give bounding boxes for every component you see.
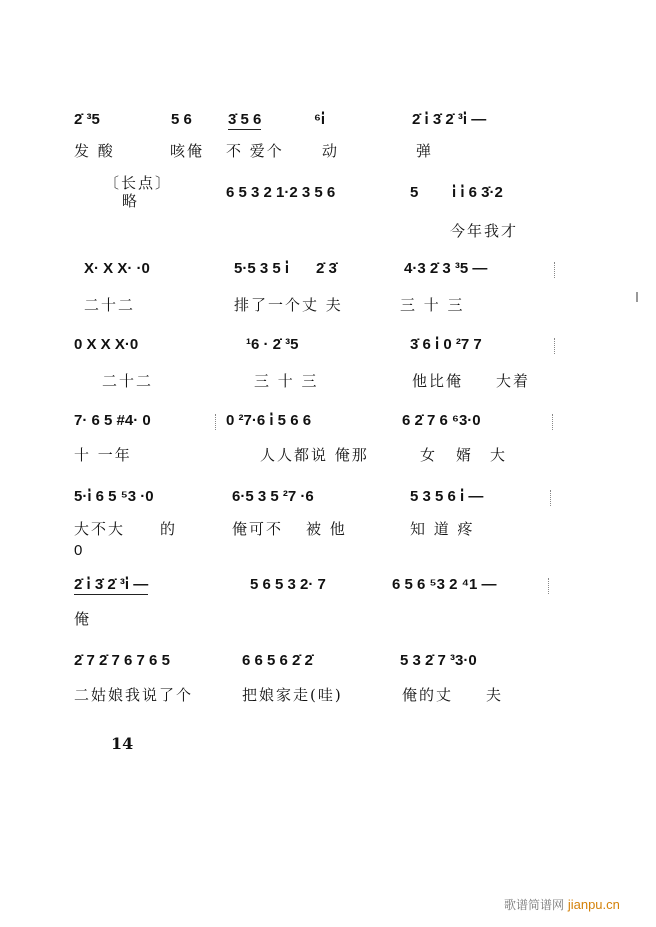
- lyric-segment: 人人都说 俺那: [260, 444, 369, 465]
- note-group: 2̇ 3̇: [316, 260, 337, 277]
- notation-line-6: 5·i̇ 6 5 ⁵3 ·0 6·5 3 5 ²7 ·6 5 3 5 6 i̇ …: [0, 484, 656, 508]
- bar-line: [552, 414, 554, 430]
- lyric-segment: 夫: [486, 684, 503, 705]
- lyric-line-2: 今年我才: [0, 216, 656, 240]
- lyric-segment: 的: [160, 518, 177, 539]
- notation-line-1: 2̇ ³5 5 6 3̇ 5 6 ⁶i̇ 2̇ i̇ 3̇ 2̇ ³i̇ —: [0, 107, 656, 131]
- bar-line: [554, 338, 556, 354]
- lyric-line-8: 二姑娘我说了个 把娘家走(哇) 俺的丈 夫: [0, 680, 656, 704]
- lyric-segment: 今年我才: [450, 220, 518, 241]
- rest-marker: 0: [74, 542, 82, 559]
- watermark: 歌谱简谱网 jianpu.cn: [504, 896, 620, 913]
- lyric-segment: 十 一年: [74, 444, 132, 465]
- note-group: 5: [410, 184, 418, 201]
- note-group: X· X X· ·0: [84, 260, 150, 277]
- lyric-segment: 三 十 三: [400, 294, 465, 315]
- lyric-segment: 排了一个丈 夫: [234, 294, 343, 315]
- page-number: 14: [111, 734, 133, 753]
- lyric-segment: 知 道 疼: [410, 518, 475, 539]
- note-group: 5·5 3 5 i̇: [234, 260, 289, 277]
- lyric-segment: 大不大: [74, 518, 125, 539]
- bar-line: [548, 578, 550, 594]
- note-group: 2̇ 7 2̇ 7 6 7 6 5: [74, 652, 170, 669]
- note-group: 4·3 2̇ 3 ³5 —: [404, 260, 487, 277]
- lyric-segment: 弹: [416, 140, 433, 161]
- bar-line: [550, 490, 552, 506]
- lyric-segment: 女: [420, 444, 437, 465]
- scan-mark: [636, 292, 638, 302]
- lyric-segment: 俺: [74, 608, 91, 629]
- notation-line-4: 0 X X X·0 ¹6 · 2̇ ³5 3̇ 6 i̇ 0 ²7 7: [0, 332, 656, 356]
- watermark-site-name: 歌谱简谱网: [504, 898, 564, 912]
- note-group: 2̇ ³5: [74, 111, 100, 128]
- lyric-line-1: 发 酸 咳俺 不 爱个 动 弹: [0, 136, 656, 160]
- lyric-segment: 俺的丈: [402, 684, 453, 705]
- lyric-segment: 他比俺: [412, 370, 463, 391]
- note-group: 7· 6 5 #4· 0: [74, 412, 151, 429]
- lyric-segment: 婿: [456, 444, 473, 465]
- note-group: 6 2̇ 7 6 ⁶3·0: [402, 412, 481, 429]
- notation-line-2: 〔长点〕 略 6 5 3 2 1·2 3 5 6 5 i̇ i̇ 6 3̇·2: [0, 172, 656, 196]
- notation-line-7: 2̇ i̇ 3̇ 2̇ ³i̇ — 5 6 5 3 2· 7 6 5 6 ⁵3 …: [0, 572, 656, 596]
- lyric-segment: 不 爱个: [226, 140, 284, 161]
- note-group: 6 5 3 2 1·2 3 5 6: [226, 184, 335, 201]
- lyric-segment: 三 十 三: [254, 370, 319, 391]
- notation-line-5: 7· 6 5 #4· 0 0 ²7·6 i̇ 5 6 6 6 2̇ 7 6 ⁶3…: [0, 408, 656, 432]
- note-group: i̇ i̇ 6 3̇·2: [452, 184, 503, 201]
- note-group: ¹6 · 2̇ ³5: [246, 336, 299, 353]
- lyric-segment: 发 酸: [74, 140, 115, 161]
- note-group: 5 3 5 6 i̇ —: [410, 488, 483, 505]
- note-group: 2̇ i̇ 3̇ 2̇ ³i̇ —: [74, 576, 148, 595]
- notation-line-8: 2̇ 7 2̇ 7 6 7 6 5 6 6 5 6 2̇ 2̇ 5 3 2̇ 7…: [0, 648, 656, 672]
- bar-line: [554, 262, 556, 278]
- lyric-line-3: 二十二 排了一个丈 夫 三 十 三: [0, 290, 656, 314]
- lyric-segment: 咳俺: [170, 140, 204, 161]
- note-group: 5 6 5 3 2· 7: [250, 576, 326, 593]
- lyric-segment: 俺可不: [232, 518, 283, 539]
- section-label-omitted: 略: [122, 190, 139, 211]
- lyric-segment: 动: [322, 140, 339, 161]
- note-group: 0 X X X·0: [74, 336, 138, 353]
- notation-line-3: X· X X· ·0 5·5 3 5 i̇ 2̇ 3̇ 4·3 2̇ 3 ³5 …: [0, 256, 656, 280]
- lyric-segment: 把娘家走(哇): [242, 684, 343, 705]
- lyric-line-7: 俺: [0, 604, 656, 628]
- watermark-url[interactable]: jianpu.cn: [568, 897, 620, 912]
- lyric-line-4: 二十二 三 十 三 他比俺 大着: [0, 366, 656, 390]
- lyric-segment: 大: [490, 444, 507, 465]
- lyric-line-5: 十 一年 人人都说 俺那 女 婿 大: [0, 440, 656, 464]
- note-group: 3̇ 5 6: [228, 111, 261, 130]
- lyric-segment: 大着: [496, 370, 530, 391]
- note-group: 5 3 2̇ 7 ³3·0: [400, 652, 477, 669]
- note-group: 3̇ 6 i̇ 0 ²7 7: [410, 336, 482, 353]
- note-group: 6 6 5 6 2̇ 2̇: [242, 652, 313, 669]
- lyric-segment: 二姑娘我说了个: [74, 684, 193, 705]
- lyric-segment: 二十二: [102, 370, 153, 391]
- lyric-segment: 被 他: [306, 518, 347, 539]
- bar-line: [215, 414, 217, 430]
- note-group: 2̇ i̇ 3̇ 2̇ ³i̇ —: [412, 111, 486, 128]
- note-group: 6 5 6 ⁵3 2 ⁴1 —: [392, 576, 497, 593]
- note-group: 0 ²7·6 i̇ 5 6 6: [226, 412, 311, 429]
- lyric-segment: 二十二: [84, 294, 135, 315]
- note-group: ⁶i̇: [314, 111, 325, 128]
- note-group: 5 6: [171, 111, 192, 128]
- lyric-line-6: 大不大 的 俺可不 被 他 知 道 疼 0: [0, 514, 656, 538]
- note-group: 5·i̇ 6 5 ⁵3 ·0: [74, 488, 154, 505]
- note-group: 6·5 3 5 ²7 ·6: [232, 488, 314, 505]
